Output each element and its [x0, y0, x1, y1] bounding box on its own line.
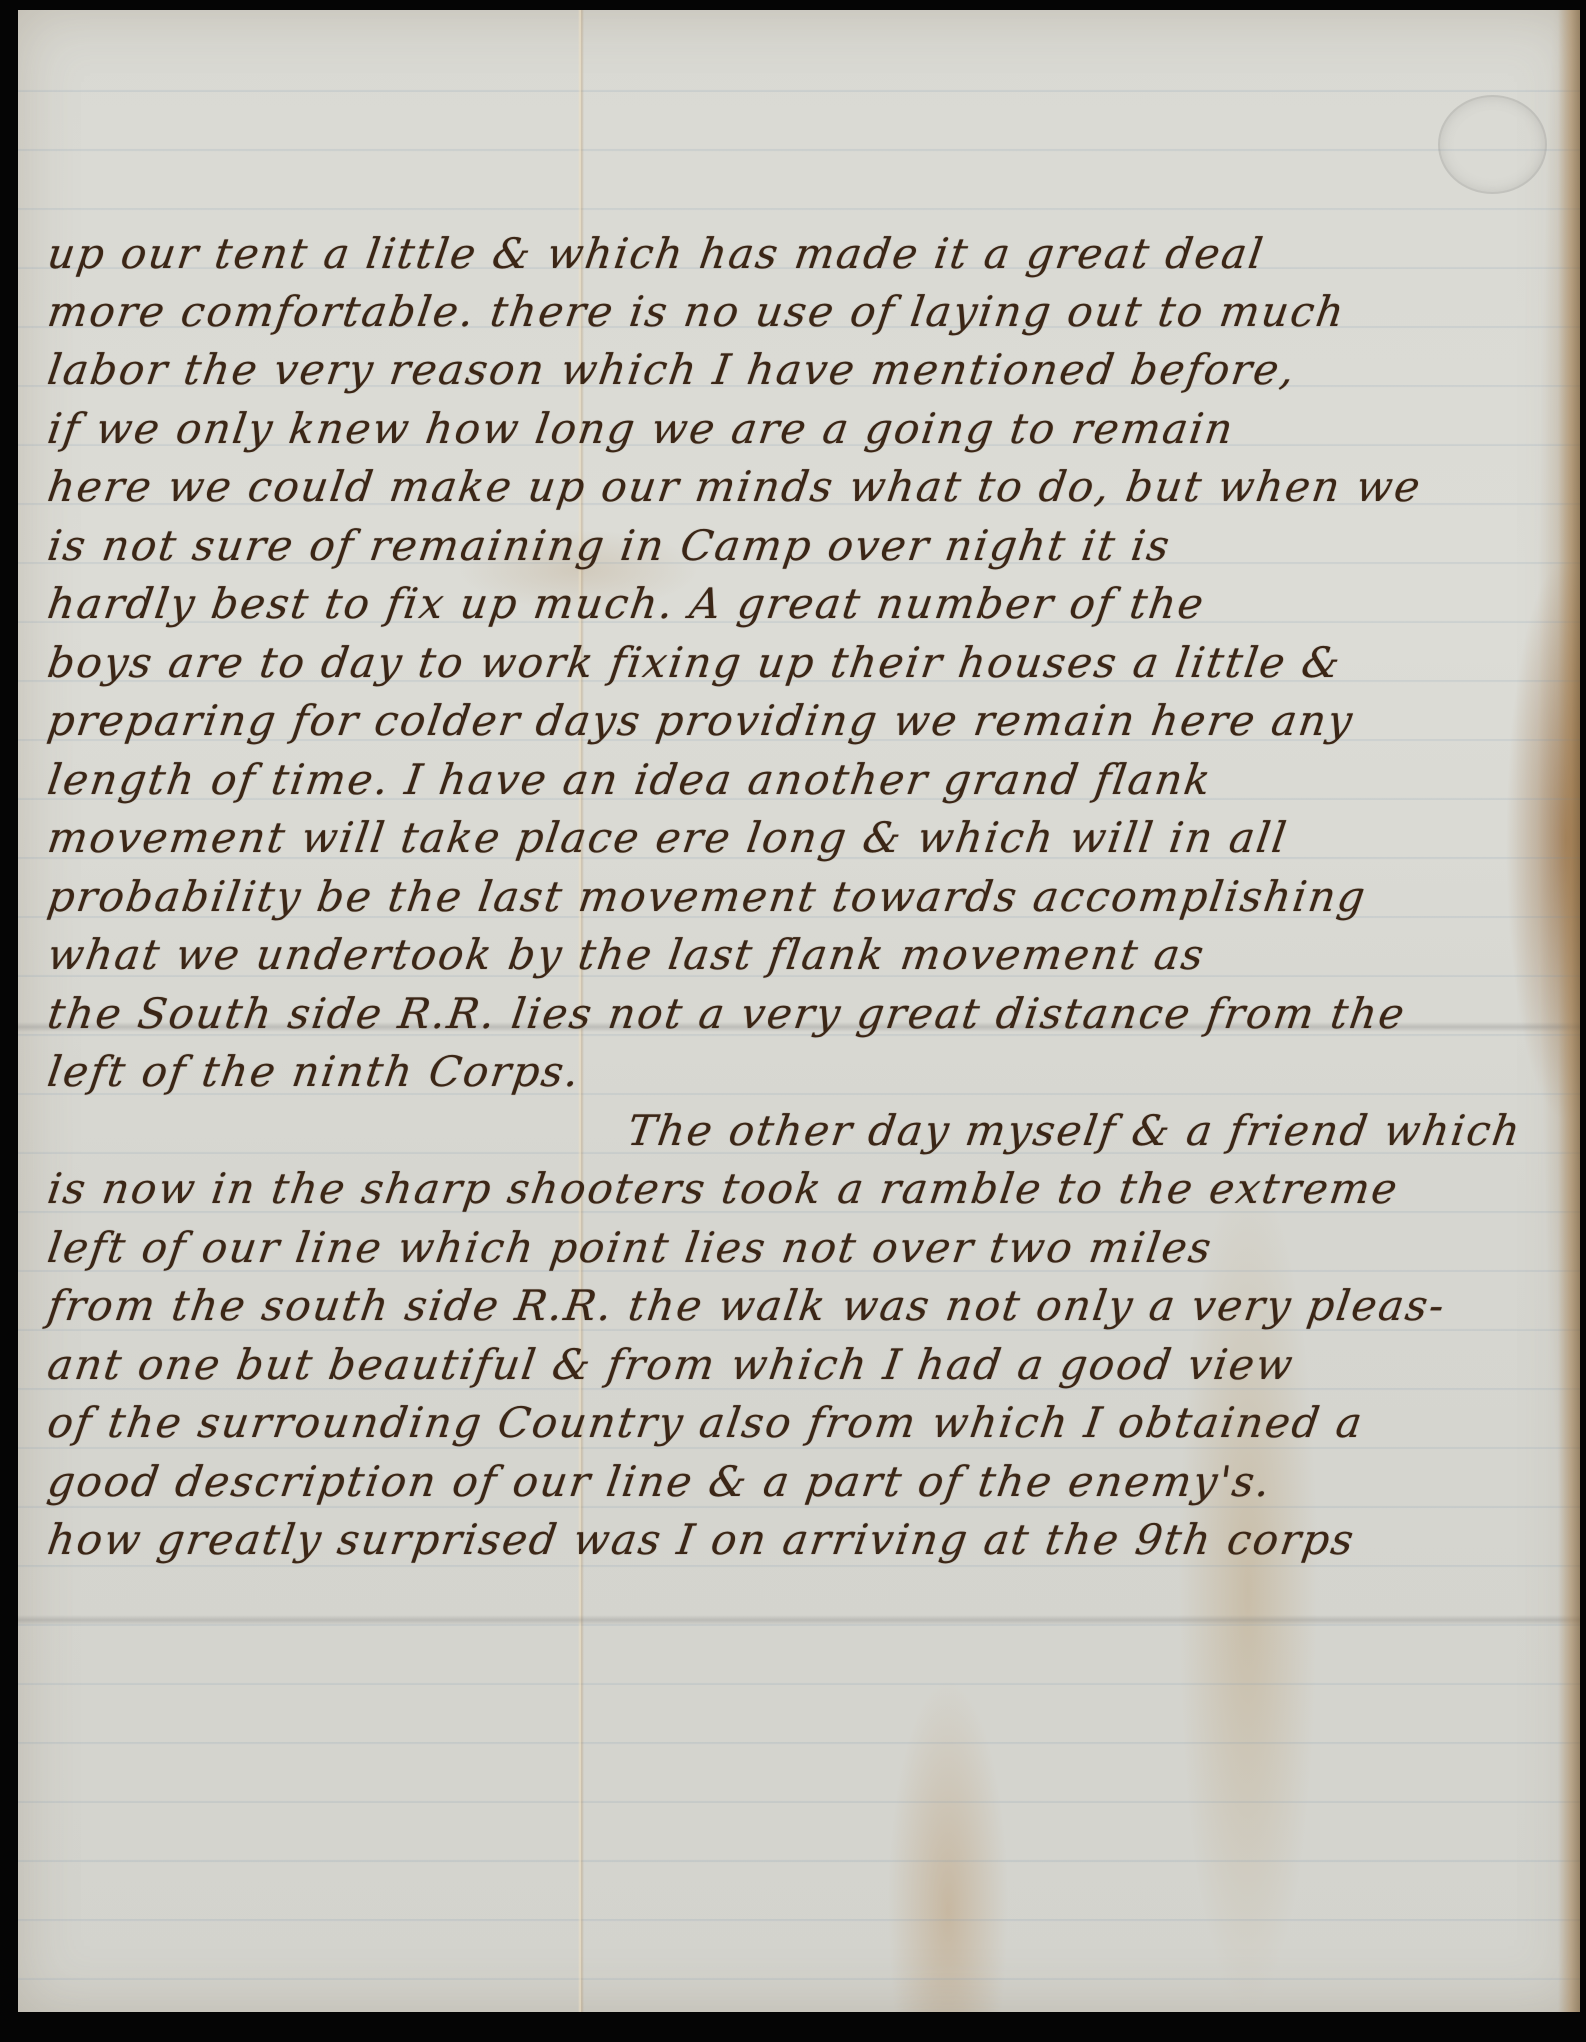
- letter-line-paragraph-start: The other day myself & a friend which: [624, 1102, 1526, 1160]
- letter-line: length of time. I have an idea another g…: [44, 751, 1216, 809]
- letter-line: boys are to day to work fixing up their …: [44, 634, 1345, 692]
- letter-page: up our tent a little & which has made it…: [18, 10, 1580, 2012]
- letter-line: more comfortable. there is no use of lay…: [44, 283, 1349, 341]
- letter-line: the South side R.R. lies not a very grea…: [44, 985, 1410, 1043]
- letter-line: what we undertook by the last flank move…: [44, 926, 1209, 984]
- letter-line: labor the very reason which I have menti…: [44, 341, 1300, 399]
- letter-line: is now in the sharp shooters took a ramb…: [44, 1160, 1403, 1218]
- letter-line: left of the ninth Corps.: [44, 1043, 585, 1101]
- aged-right-edge: [1558, 10, 1580, 2012]
- letter-line: if we only knew how long we are a going …: [44, 400, 1238, 458]
- letter-line: preparing for colder days providing we r…: [44, 692, 1358, 750]
- letter-line: how greatly surprised was I on arriving …: [44, 1511, 1359, 1569]
- embossed-stationery-stamp: [1438, 95, 1547, 194]
- letter-line: ant one but beautiful & from which I had…: [44, 1336, 1298, 1394]
- letter-line: is not sure of remaining in Camp over ni…: [44, 517, 1175, 575]
- letter-line: here we could make up our minds what to …: [44, 458, 1426, 516]
- letter-line: from the south side R.R. the walk was no…: [44, 1277, 1450, 1335]
- letter-line: left of our line which point lies not ov…: [44, 1219, 1217, 1277]
- letter-line: hardly best to fix up much. A great numb…: [44, 575, 1209, 633]
- letter-line: up our tent a little & which has made it…: [44, 225, 1268, 283]
- letter-line: of the surrounding Country also from whi…: [44, 1394, 1368, 1452]
- letter-line: good description of our line & a part of…: [44, 1453, 1276, 1511]
- horizontal-fold-crease: [18, 1615, 1580, 1625]
- letter-line: probability be the last movement towards…: [44, 868, 1371, 926]
- letter-line: movement will take place ere long & whic…: [44, 809, 1292, 867]
